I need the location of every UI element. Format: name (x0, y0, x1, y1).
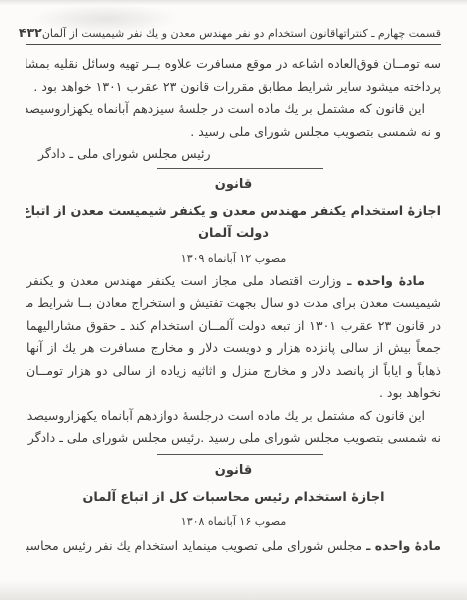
law2-article-line-2: شیمیست معدن برای مدت دو سال بجهت تفتیش و… (26, 292, 441, 315)
law2-article-line-3: در قانون ۲۳ عقرب ۱۳۰۱ از تبعه دولت آلمــ… (26, 315, 441, 338)
law1-ratification-line-2: و نه شمسی بتصویب مجلس شورای ملی رسید . (26, 121, 441, 144)
page-content: قسمت چهارم ـ کنتراتها قانون استخدام دو ن… (0, 0, 467, 558)
law2-ratification-text: نه شمسی بتصویب مجلس شورای ملی رسید . (200, 427, 441, 450)
law2-kicker: قانون (26, 175, 441, 195)
law3-article-text: مجلس شورای ملی تصویب مینماید استخدام یك … (26, 538, 362, 553)
page-number: ۴۳۲ (19, 25, 42, 40)
law1-para-line-2: پرداخته میشود سایر شرایط مطابق مقررات قا… (26, 76, 441, 99)
law2-article-line-1-text: وزارت اقتصاد ملی مجاز است یکنفر مهندس مع… (26, 273, 342, 288)
law2-article-line-4: جمعاً بیش از سالی پانزده هزار و دویست دل… (26, 337, 441, 360)
law3-kicker: قانون (26, 461, 441, 481)
law1-signature: رئیس مجلس شورای ملی ـ دادگر (26, 143, 441, 166)
law2-title-line-1: اجازهٔ استخدام یکنفر مهندس معدن و یکنفر … (26, 201, 441, 224)
law1-paragraph: سه تومــان فوق‌العاده اشاعه در موقع مساف… (26, 53, 441, 98)
law2-ratification: این قانون که مشتمل بر یك ماده است درجلسه… (26, 405, 441, 450)
section-divider-1 (157, 168, 323, 169)
law1-ratification: این قانون که مشتمل بر یك ماده است در جلس… (26, 98, 441, 166)
header-running-title: قانون استخدام دو نفر مهندس معدن و یك نفر… (42, 27, 335, 40)
law2-approval-date: مصوب ۱۲ آبانماه ۱۳۰۹ (26, 250, 441, 268)
law1-para-line-1: سه تومــان فوق‌العاده اشاعه در موقع مساف… (26, 53, 441, 76)
law3-article-label: مادهٔ واحده ـ (366, 538, 441, 553)
law2-signature: رئیس مجلس شورای ملی ـ دادگر (26, 427, 200, 450)
law2-ratification-line-2: نه شمسی بتصویب مجلس شورای ملی رسید . رئی… (26, 427, 441, 450)
law3-article-line-1: مادهٔ واحده ـ مجلس شورای ملی تصویب مینما… (26, 535, 441, 558)
law1-ratification-line-1: این قانون که مشتمل بر یك ماده است در جلس… (26, 98, 441, 121)
scanned-page: قسمت چهارم ـ کنتراتها قانون استخدام دو ن… (0, 0, 467, 600)
law3-approval-date: مصوب ۱۶ آبانماه ۱۳۰۸ (26, 513, 441, 531)
law3-title: اجازهٔ استخدام رئیس محاسبات کل از اتباع … (26, 487, 441, 510)
header-section-title: قسمت چهارم ـ کنتراتها (335, 27, 441, 40)
law2-ratification-line-1: این قانون که مشتمل بر یك ماده است درجلسه… (26, 405, 441, 428)
header-rule (26, 44, 441, 45)
law3-article: مادهٔ واحده ـ مجلس شورای ملی تصویب مینما… (26, 535, 441, 558)
running-header: قسمت چهارم ـ کنتراتها قانون استخدام دو ن… (26, 0, 441, 40)
law2-title-line-2: دولت آلمان (26, 223, 441, 246)
law2-article-label: مادهٔ واحده ـ (347, 273, 425, 288)
law2-article-line-6: نخواهد بود . (26, 382, 441, 405)
law2-article-line-5: ذهاباً و ایاباً از پانصد دلار و مخارج من… (26, 360, 441, 383)
law2-article-line-1: مادهٔ واحده ـ وزارت اقتصاد ملی مجاز است … (26, 270, 441, 293)
law2-article: مادهٔ واحده ـ وزارت اقتصاد ملی مجاز است … (26, 270, 441, 405)
section-divider-2 (157, 454, 323, 455)
